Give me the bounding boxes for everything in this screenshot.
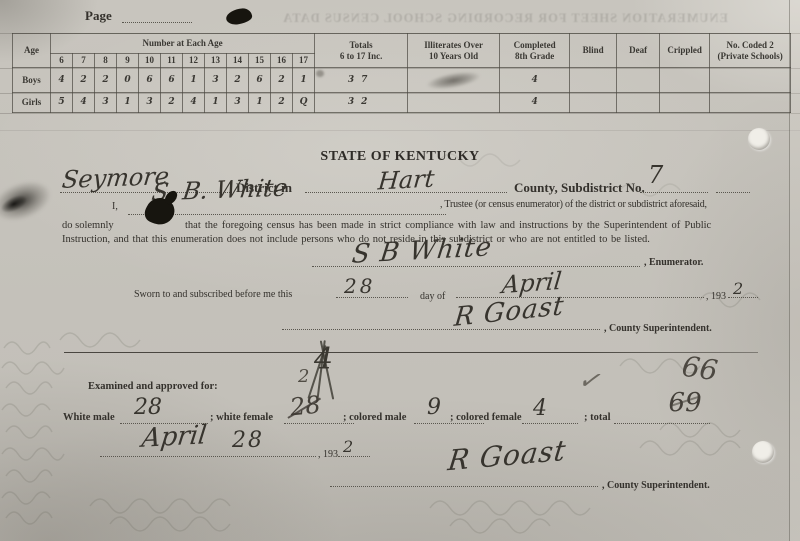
boys-deaf — [617, 68, 660, 93]
subdistrict-line — [640, 192, 708, 193]
table-cell: 2 — [227, 68, 249, 93]
enumerator-signature: S B White — [350, 232, 494, 270]
examined-heading: Examined and approved for: — [88, 381, 218, 392]
paper-edge-strip — [790, 0, 800, 541]
superintendent2-signature-line — [330, 486, 598, 487]
hole-punch — [752, 441, 774, 463]
boys-coded — [710, 68, 791, 93]
total-correction: 66 — [680, 350, 720, 388]
table-cell: 1 — [117, 93, 139, 113]
table-cell: 3 — [139, 93, 161, 113]
table-cell: 4 — [73, 93, 95, 113]
girls-crippled — [660, 93, 710, 113]
section-divider — [64, 352, 758, 353]
table-cell: 6 — [161, 68, 183, 93]
superintendent-signature-line — [282, 329, 600, 330]
boys-completed-8th: 4 — [500, 68, 570, 93]
subdistrict-line-2 — [716, 192, 750, 193]
trustee-name-line — [128, 214, 446, 215]
scanned-census-form: ENUMERATION SHEET FOR RECORDING SCHOOL C… — [0, 0, 800, 541]
sworn-day-line — [336, 297, 408, 298]
enumerator-label: , Enumerator. — [644, 257, 703, 268]
sworn-day-handwritten: 28 — [344, 274, 375, 298]
table-cell: 4 — [51, 68, 73, 93]
age-col-12: 12 — [183, 54, 205, 68]
oath-trustee-text: , Trustee (or census enumerator) of the … — [440, 199, 707, 210]
sworn-year-printed: , 193 — [706, 291, 726, 302]
table-cell: 1 — [205, 93, 227, 113]
page-title: STATE OF KENTUCKY — [0, 149, 800, 165]
col-header-totals: Totals 6 to 17 Inc. — [315, 34, 408, 68]
girls-coded — [710, 93, 791, 113]
age-col-16: 16 — [271, 54, 293, 68]
boys-illiterates — [408, 68, 500, 93]
pencil-smudge — [425, 68, 482, 92]
col-header-illiterates: Illiterates Over 10 Years Old — [408, 34, 500, 68]
oath-i-label: I, — [112, 201, 118, 212]
table-cell: 3 — [205, 68, 227, 93]
boys-blind — [570, 68, 617, 93]
col-header-coded: No. Coded 2 (Private Schools) — [710, 34, 791, 68]
ink-blot — [225, 7, 253, 26]
paper-spot — [316, 70, 324, 77]
age-col-6: 6 — [51, 54, 73, 68]
oath-line2-pre: do solemnly — [62, 220, 114, 231]
date-day-handwritten: 28 — [232, 428, 264, 453]
table-cell: 1 — [293, 68, 315, 93]
colored-female-line — [522, 423, 578, 424]
girls-blind — [570, 93, 617, 113]
colored-female-value: 4 — [533, 396, 547, 421]
date-month-handwritten: April — [140, 420, 208, 454]
boys-total: 37 — [315, 68, 408, 93]
day-of-label: day of — [420, 291, 445, 302]
table-cell: Q — [293, 93, 315, 113]
table-cell: 2 — [271, 93, 293, 113]
colored-female-label: ; colored female — [450, 412, 522, 423]
table-cell: 2 — [161, 93, 183, 113]
table-cell: 1 — [183, 68, 205, 93]
age-col-9: 9 — [117, 54, 139, 68]
table-cell: 3 — [227, 93, 249, 113]
paper-crease — [0, 130, 800, 131]
white-female-value: 28 — [289, 390, 322, 421]
bleedthrough-title: ENUMERATION SHEET FOR RECORDING SCHOOL C… — [265, 11, 745, 26]
white-male-value: 28 — [134, 395, 162, 420]
age-col-11: 11 — [161, 54, 183, 68]
white-male-label: White male — [63, 412, 115, 423]
girls-deaf — [617, 93, 660, 113]
table-cell: 5 — [51, 93, 73, 113]
col-header-age: Age — [13, 34, 51, 68]
table-cell: 3 — [95, 93, 117, 113]
age-col-15: 15 — [249, 54, 271, 68]
date-year-rule — [338, 456, 370, 457]
age-col-8: 8 — [95, 54, 117, 68]
col-header-crippled: Crippled — [660, 34, 710, 68]
table-cell: 6 — [139, 68, 161, 93]
white-female-label: ; white female — [210, 412, 273, 423]
sworn-text: Sworn to and subscribed before me this — [134, 289, 292, 300]
table-cell: 2 — [271, 68, 293, 93]
superintendent-label: , County Superintendent. — [604, 323, 712, 334]
girls-completed-8th: 4 — [500, 93, 570, 113]
col-header-blind: Blind — [570, 34, 617, 68]
county-subdistrict-label: County, Subdistrict No. — [514, 180, 645, 196]
colored-male-value: 9 — [427, 395, 441, 420]
hole-punch — [748, 128, 770, 150]
date-line-rule — [100, 456, 316, 457]
table-cell: 2 — [95, 68, 117, 93]
oath-line2-post: that the foregoing census has been made … — [185, 220, 711, 231]
superintendent2-label: , County Superintendent. — [602, 480, 710, 491]
pencil-checkmark: ✓ — [576, 365, 602, 398]
total-value: 69 — [669, 388, 702, 418]
colored-male-line — [414, 423, 484, 424]
row-label-boys: Boys — [13, 68, 51, 93]
age-col-7: 7 — [73, 54, 95, 68]
superintendent2-signature: R Goast — [446, 434, 568, 478]
age-col-14: 14 — [227, 54, 249, 68]
subdistrict-number-handwritten: 7 — [648, 161, 663, 189]
col-header-deaf: Deaf — [617, 34, 660, 68]
table-cell: 1 — [249, 93, 271, 113]
white-female-line — [284, 423, 354, 424]
row-label-girls: Girls — [13, 93, 51, 113]
age-col-10: 10 — [139, 54, 161, 68]
county-name-handwritten: Hart — [377, 164, 436, 195]
date-year-printed: , 193 — [318, 449, 338, 460]
table-cell: 4 — [183, 93, 205, 113]
table-cell: 6 — [249, 68, 271, 93]
table-cell: 0 — [117, 68, 139, 93]
table-row-boys: Boys 4 2 2 0 6 6 1 3 2 6 2 1 37 4 — [13, 68, 791, 93]
table-row-girls: Girls 5 4 3 1 3 2 4 1 3 1 2 Q 32 4 — [13, 93, 791, 113]
col-header-number-at-each-age: Number at Each Age — [51, 34, 315, 54]
total-line — [614, 423, 710, 424]
boys-crippled — [660, 68, 710, 93]
date-year-digit-handwritten: 2 — [343, 437, 353, 456]
page-number-line — [122, 22, 192, 23]
age-col-17: 17 — [293, 54, 315, 68]
margin-rule — [0, 113, 800, 114]
total-label: ; total — [584, 412, 611, 423]
sworn-year-digit-handwritten: 2 — [733, 279, 743, 298]
crossed-digit: 2 — [298, 366, 309, 387]
sworn-year-line — [728, 297, 758, 298]
table-cell: 2 — [73, 68, 95, 93]
census-table: Age Number at Each Age Totals 6 to 17 In… — [12, 33, 791, 113]
page-number-label: Page — [85, 8, 112, 24]
colored-male-label: ; colored male — [343, 412, 406, 423]
col-header-completed-8th: Completed 8th Grade — [500, 34, 570, 68]
girls-total: 32 — [315, 93, 408, 113]
girls-illiterates — [408, 93, 500, 113]
age-col-13: 13 — [205, 54, 227, 68]
